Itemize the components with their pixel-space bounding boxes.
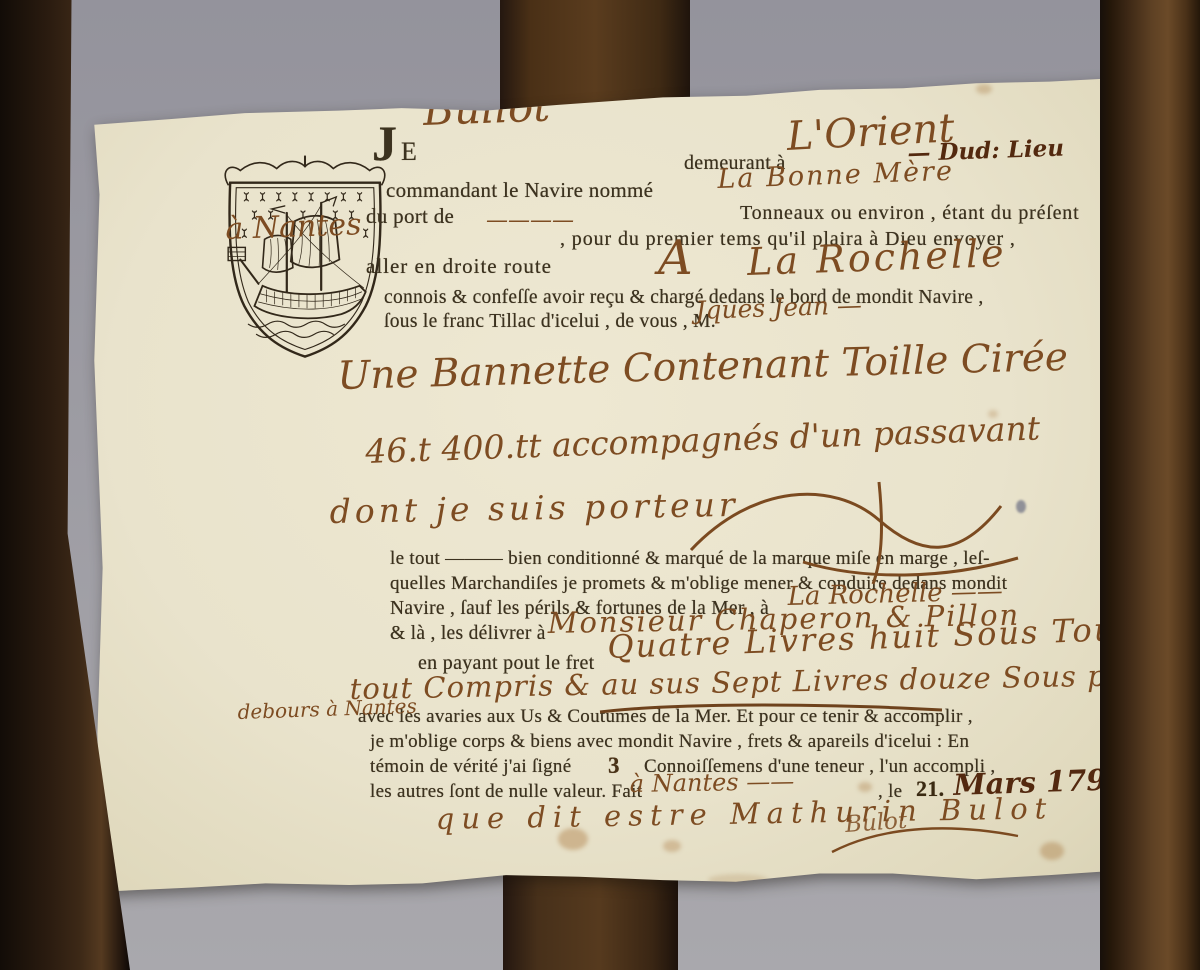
printed-oblige: je m'oblige corps & biens avec mondit Na… (370, 731, 969, 753)
hand-route-destination: La Rochelle (746, 231, 1007, 284)
hand-fait-place: à Nantes —— (630, 767, 795, 798)
gray-paper-spot (1016, 500, 1026, 513)
hand-captain-name: Bullot (422, 82, 551, 135)
hand-shipper: Jques Jean — (695, 290, 862, 325)
hand-cargo-line1: Une Bannette Contenant Toille Cirée (337, 335, 1069, 399)
printed-temoin: témoin de vérité j'ai ſigné (370, 756, 571, 778)
framed-bill-of-lading-photo: JE demeurant à commandant le Navire nomm… (0, 0, 1200, 970)
document-paper: JE demeurant à commandant le Navire nomm… (88, 70, 1133, 900)
printed-tillac: ſous le franc Tillac d'icelui , de vous … (384, 311, 716, 333)
document-paper-wrap: JE demeurant à commandant le Navire nomm… (88, 70, 1133, 900)
foxing-stain (988, 410, 998, 418)
foxing-stain (513, 90, 539, 104)
hand-tonnage-blank: ———— (486, 208, 574, 233)
foxing-stain (663, 840, 681, 852)
printed-tonneaux: Tonneaux ou environ , étant du préſent (740, 202, 1079, 225)
printed-commandant: commandant le Navire nommé (386, 178, 653, 203)
printed-du-port-de: du port de (366, 204, 454, 229)
foxing-stain (1040, 842, 1064, 860)
hand-dudit-lieu: — Dud: Lieu (907, 135, 1064, 167)
foxing-stain (558, 828, 588, 850)
ink-flourish-under-signature (826, 818, 1026, 863)
frame-right-post (1100, 0, 1200, 970)
printed-nb-connaissements: 3 (608, 753, 620, 779)
hand-at-nantes: à Nantes (225, 207, 362, 247)
printed-connois: connois & confeſſe avoir reçu & chargé d… (384, 287, 984, 309)
ink-flourish-under-freight (596, 700, 946, 718)
foxing-smear (708, 874, 768, 886)
hand-cargo-line3: dont je suis porteur (329, 485, 739, 531)
foxing-stain (976, 84, 992, 94)
foxing-stain (858, 782, 872, 792)
printed-delivrer: & là , les délivrer à (390, 623, 546, 645)
printed-initial-je: JE (372, 114, 421, 172)
hand-route-a: A (658, 230, 693, 286)
printed-aller-route: aller en droite route (366, 254, 552, 279)
ink-flourish-after-porteur (683, 462, 1028, 592)
